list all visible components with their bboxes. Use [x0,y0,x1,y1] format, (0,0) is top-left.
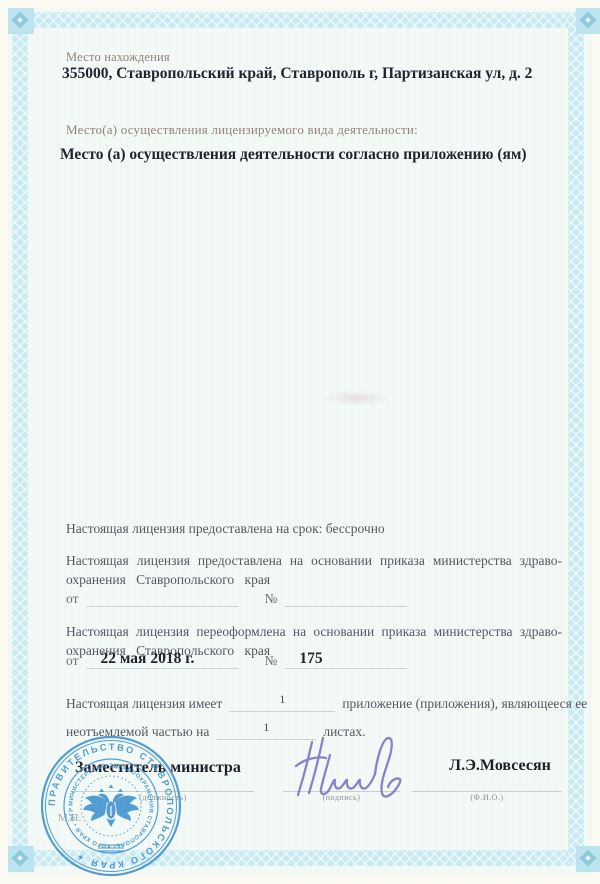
attachments-suffix: приложение (приложения), являющееся ее [342,696,587,712]
corner-ornament-bottom-left [8,846,34,872]
activity-places-value: Место (а) осуществления деятельности сог… [60,146,580,164]
border-band-top [10,12,592,28]
reissued-number-blank: 175 [285,648,407,669]
scan-smudge [322,390,392,406]
reissued-paragraph-line1: Настоящая лицензия переоформлена на осно… [66,622,562,641]
granted-date-number-row: от № [66,586,407,607]
granted-number-blank [285,586,407,607]
attachments-prefix: Настоящая лицензия имеет [66,696,222,712]
corner-ornament-top-right [576,8,600,34]
reissued-date-value: 22 мая 2018 г. [100,650,194,668]
license-document-page: Место нахождения 355000, Ставропольский … [0,0,600,884]
ministry-round-stamp: ПРАВИТЕЛЬСТВО СТАВРОПОЛЬСКОГО КРАЯ ✦ МИН… [36,731,186,881]
border-band-left [12,12,28,864]
double-headed-eagle-icon [83,784,139,827]
border-band-right [568,12,584,864]
number-sign-label: № [264,653,277,669]
from-label: от [66,653,78,669]
corner-ornament-bottom-right [576,846,600,872]
reissued-number-value: 175 [299,650,322,668]
activity-places-label: Место(а) осуществления лицензируемого ви… [66,122,418,138]
reissued-date-blank: 22 мая 2018 г. [86,648,238,669]
location-label: Место нахождения [66,50,170,65]
attachments-row: Настоящая лицензия имеет 1 приложение (п… [66,689,587,712]
granted-paragraph-line1: Настоящая лицензия предоставлена на осно… [66,551,562,570]
signature-ink [288,733,418,805]
attachments-count-blank: 1 [229,689,335,712]
corner-ornament-top-left [8,8,34,34]
location-value: 355000, Ставропольский край, Ставрополь … [62,65,582,83]
number-sign-label: № [264,591,277,607]
granted-paragraph: Настоящая лицензия предоставлена на осно… [66,551,562,589]
from-label: от [66,591,78,607]
license-term-line: Настоящая лицензия предоставлена на срок… [66,521,385,537]
signatory-name: Л.Э.Мовсесян [425,757,575,775]
name-line [412,790,562,792]
attachments-count-value: 1 [229,692,335,707]
granted-date-blank [86,586,238,607]
reissued-date-number-row: от 22 мая 2018 г. № 175 [66,648,407,669]
name-caption: (Ф.И.О.) [412,793,562,802]
